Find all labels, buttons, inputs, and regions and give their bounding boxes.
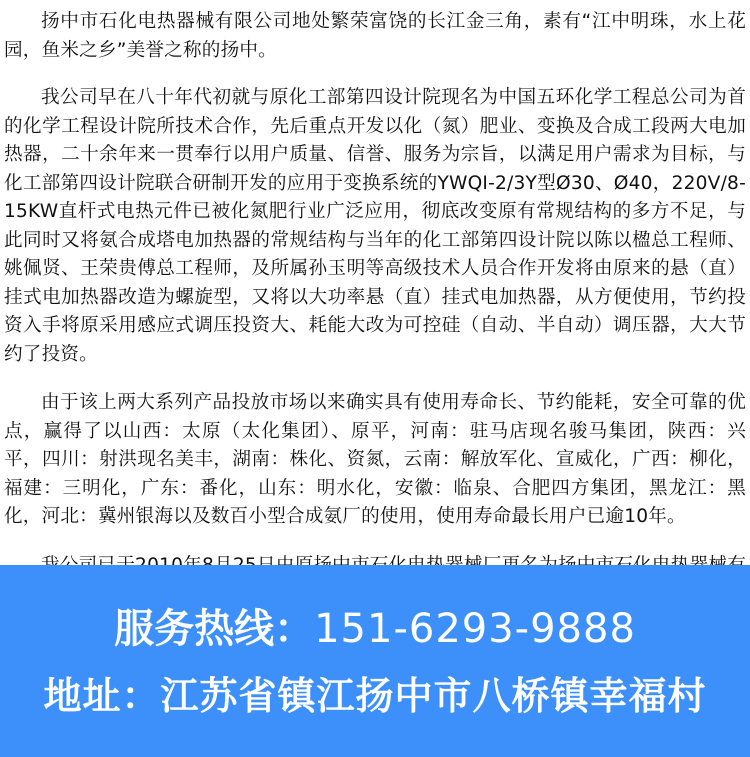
company-address: 地址：江苏省镇江扬中市八桥镇幸福村 [0,672,750,720]
intro-paragraph-location: 扬中市石化电热器械有限公司地处繁荣富饶的长江金三角，素有“江中明珠，水上花园，鱼… [4,8,746,65]
company-intro: 扬中市石化电热器械有限公司地处繁荣富饶的长江金三角，素有“江中明珠，水上花园，鱼… [0,0,750,629]
intro-paragraph-history: 我公司早在八十年代初就与原化工部第四设计院现名为中国五环化学工程总公司为首的化学… [4,84,746,369]
hotline-number: 151-6293-9888 [314,606,636,652]
hotline-label: 服务热线： [114,606,314,652]
service-hotline: 服务热线：151-6293-9888 [0,605,750,653]
intro-paragraph-customers: 由于该上两大系列产品投放市场以来确实具有使用寿命长、节约能耗，安全可靠的优点，赢… [4,389,746,532]
contact-banner: 服务热线：151-6293-9888 地址：江苏省镇江扬中市八桥镇幸福村 [0,565,750,757]
